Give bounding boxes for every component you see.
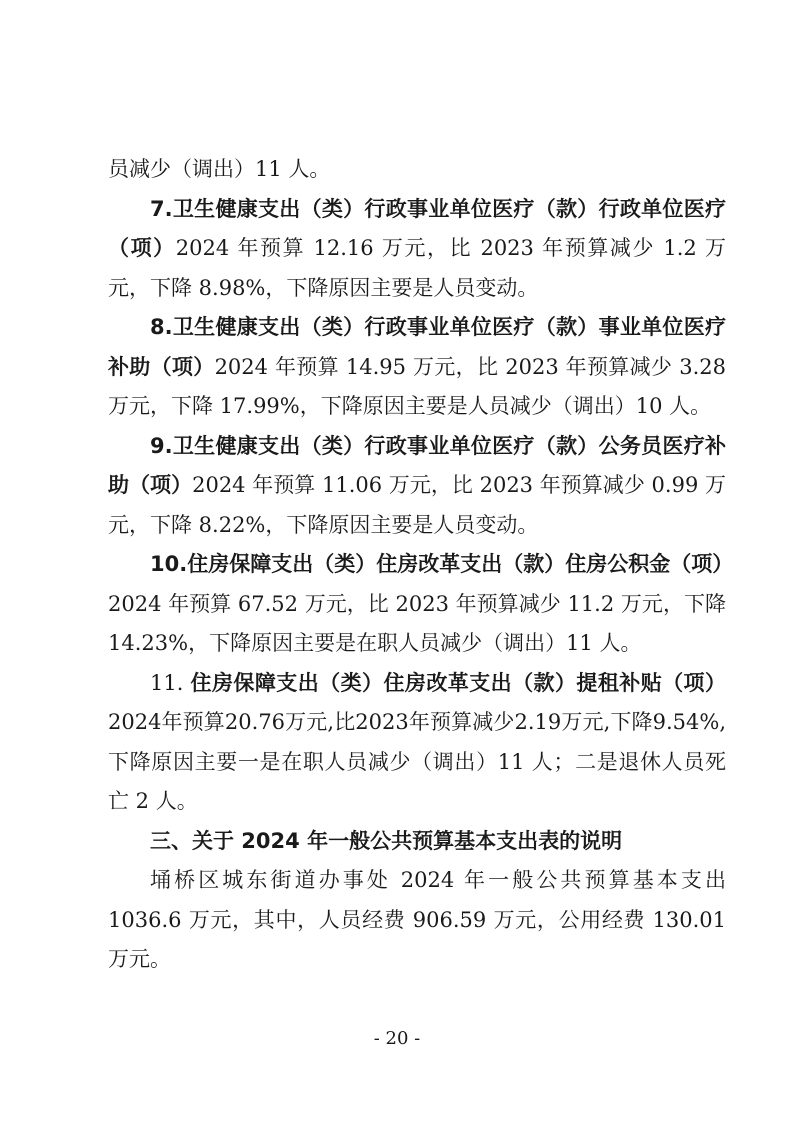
continuation-text: 员减少（调出）11 人。 [108,150,726,190]
item-8: 8.卫生健康支出（类）行政事业单位医疗（款）事业单位医疗补助（项）2024 年预… [108,308,726,427]
item-body: 2024 年预算 67.52 万元，比 2023 年预算减少 11.2 万元，下… [108,592,726,656]
item-body: 2024 年预算 11.06 万元，比 2023 年预算减少 0.99 万元，下… [108,473,726,537]
document-page: 员减少（调出）11 人。 7.卫生健康支出（类）行政事业单位医疗（款）行政单位医… [108,150,726,980]
item-7: 7.卫生健康支出（类）行政事业单位医疗（款）行政单位医疗（项）2024 年预算 … [108,190,726,309]
item-heading: 10.住房保障支出（类）住房改革支出（款）住房公积金（项） [150,552,733,576]
section-heading: 三、关于 2024 年一般公共预算基本支出表的说明 [108,822,726,862]
item-11: 11. 住房保障支出（类）住房改革支出（款）提租补贴（项）2024年预算20.7… [108,664,726,822]
page-number: - 20 - [0,1028,794,1049]
item-body: 2024 年预算 12.16 万元，比 2023 年预算减少 1.2 万元，下降… [108,236,726,300]
item-number: 11. [150,671,191,695]
item-9: 9.卫生健康支出（类）行政事业单位医疗（款）公务员医疗补助（项）2024 年预算… [108,427,726,546]
item-body: 2024年预算20.76万元,比2023年预算减少2.19万元,下降9.54%,… [108,710,726,813]
section-body: 埇桥区城东街道办事处 2024 年一般公共预算基本支出 1036.6 万元，其中… [108,861,726,980]
item-10: 10.住房保障支出（类）住房改革支出（款）住房公积金（项）2024 年预算 67… [108,545,726,664]
item-heading: 住房保障支出（类）住房改革支出（款）提租补贴（项） [191,671,726,695]
